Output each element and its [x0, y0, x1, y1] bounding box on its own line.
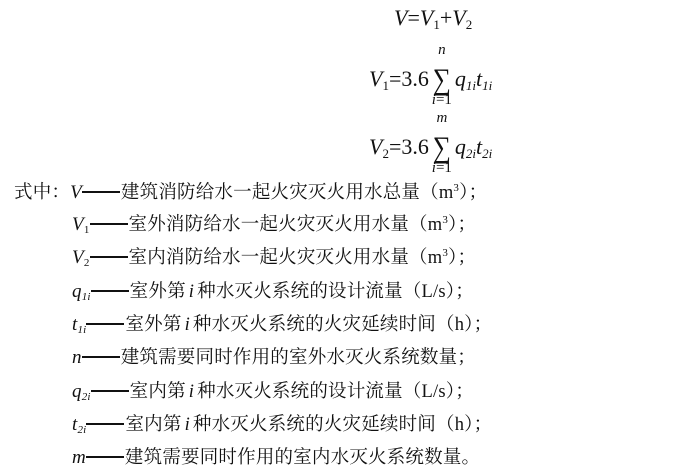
em-dash	[91, 290, 129, 291]
definition-row-V2: V2室内消防给水一起火灾灭火用水量（m3）；	[72, 243, 476, 269]
em-dash	[86, 323, 124, 324]
definition-row-V1: V1室外消防给水一起火灾灭火用水量（m3）；	[72, 210, 476, 236]
formula-var: V	[394, 5, 407, 30]
definition-row-t2i: t2i室内第i种水灭火系统的火灾延续时间（h）；	[72, 410, 492, 436]
where-prefix: 式中：	[14, 182, 70, 203]
definition-row-t1i: t1i室外第i种水灭火系统的火灾延续时间（h）；	[72, 310, 492, 336]
em-dash	[86, 456, 124, 457]
em-dash	[90, 223, 128, 224]
formula-total-volume: V=V1+V2	[394, 5, 472, 33]
em-dash	[91, 390, 129, 391]
em-dash	[90, 256, 128, 257]
definition-row-q2i: q2i室内第i种水灭火系统的设计流量（L/s）；	[72, 377, 474, 403]
em-dash	[82, 191, 120, 192]
definition-row-V: 式中：V建筑消防给水一起火灾灭火用水总量（m3）；	[14, 178, 487, 204]
em-dash	[82, 356, 120, 357]
summation-symbol: n∑i=1	[431, 62, 453, 92]
definition-row-n: n建筑需要同时作用的室外水灭火系统数量；	[72, 343, 476, 369]
formula-outdoor-volume: V1=3.6n∑i=1q1it1i	[369, 62, 492, 94]
summation-symbol: m∑i=1	[431, 130, 453, 160]
definition-row-m: m建筑需要同时作用的室内水灭火系统数量。	[72, 443, 480, 469]
definition-row-q1i: q1i室外第i种水灭火系统的设计流量（L/s）；	[72, 277, 474, 303]
em-dash	[86, 423, 124, 424]
formula-indoor-volume: V2=3.6m∑i=1q2it2i	[369, 130, 492, 162]
